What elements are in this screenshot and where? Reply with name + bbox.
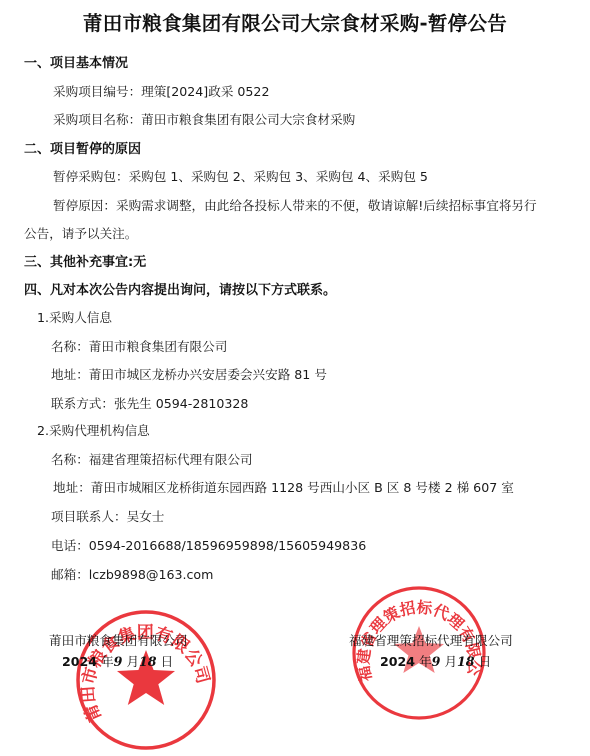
project-number: 采购项目编号：理策[2024]政采 0522 — [53, 81, 269, 100]
purchaser-contact: 联系方式：张先生 0594-2810328 — [51, 393, 248, 412]
purchaser-info-label: 1.采购人信息 — [37, 307, 112, 326]
page-title: 莆田市粮食集团有限公司大宗食材采购-暂停公告 — [0, 8, 590, 36]
purchaser-sign-day-suffix: 日 — [161, 654, 174, 669]
section-3-heading: 三、其他补充事宜:无 — [24, 251, 146, 270]
agency-info-label: 2.采购代理机构信息 — [37, 420, 150, 439]
suspended-packages: 暂停采购包：采购包 1、采购包 2、采购包 3、采购包 4、采购包 5 — [53, 166, 428, 185]
purchaser-name: 名称：莆田市粮食集团有限公司 — [51, 336, 227, 355]
agency-sign-month: 9 — [432, 654, 441, 669]
agency-address: 地址：莆田市城厢区龙桥街道东园西路 1128 号西山小区 B 区 8 号楼 2 … — [53, 477, 514, 496]
suspension-reason-line-1: 暂停原因：采购需求调整，由此给各投标人带来的不便，敬请谅解!后续招标事宜将另行 — [53, 195, 537, 214]
purchaser-sign-year-suffix: 年 — [101, 654, 114, 669]
agency-email: 邮箱：lczb9898@163.com — [51, 564, 213, 583]
section-2-heading: 二、项目暂停的原因 — [24, 138, 141, 157]
agency-project-contact: 项目联系人：吴女士 — [51, 506, 164, 525]
section-4-heading: 四、凡对本次公告内容提出询问，请按以下方式联系。 — [24, 279, 336, 298]
purchaser-address: 地址：莆田市城区龙桥办兴安居委会兴安路 81 号 — [51, 364, 327, 383]
purchaser-sign-month-suffix: 月 — [126, 654, 139, 669]
agency-signature-org: 福建省理策招标代理有限公司 — [349, 630, 513, 649]
purchaser-signature-date: 2024 年9 月18 日 — [62, 651, 173, 670]
agency-phone: 电话：0594-2016688/18596959898/15605949836 — [51, 535, 366, 554]
agency-sign-month-suffix: 月 — [444, 654, 457, 669]
project-name: 采购项目名称：莆田市粮食集团有限公司大宗食材采购 — [53, 109, 355, 128]
purchaser-sign-day: 18 — [139, 654, 157, 669]
purchaser-signature-org: 莆田市粮食集团有限公司 — [49, 630, 188, 649]
section-1-heading: 一、项目基本情况 — [24, 52, 128, 71]
agency-signature-date: 2024 年9 月18 日 — [380, 651, 491, 670]
agency-sign-year: 2024 — [380, 654, 415, 669]
agency-sign-year-suffix: 年 — [419, 654, 432, 669]
agency-sign-day-suffix: 日 — [479, 654, 492, 669]
agency-sign-day: 18 — [457, 654, 475, 669]
purchaser-sign-month: 9 — [114, 654, 123, 669]
suspension-reason-line-2: 公告，请予以关注。 — [24, 223, 137, 242]
agency-name: 名称：福建省理策招标代理有限公司 — [51, 449, 253, 468]
purchaser-sign-year: 2024 — [62, 654, 97, 669]
